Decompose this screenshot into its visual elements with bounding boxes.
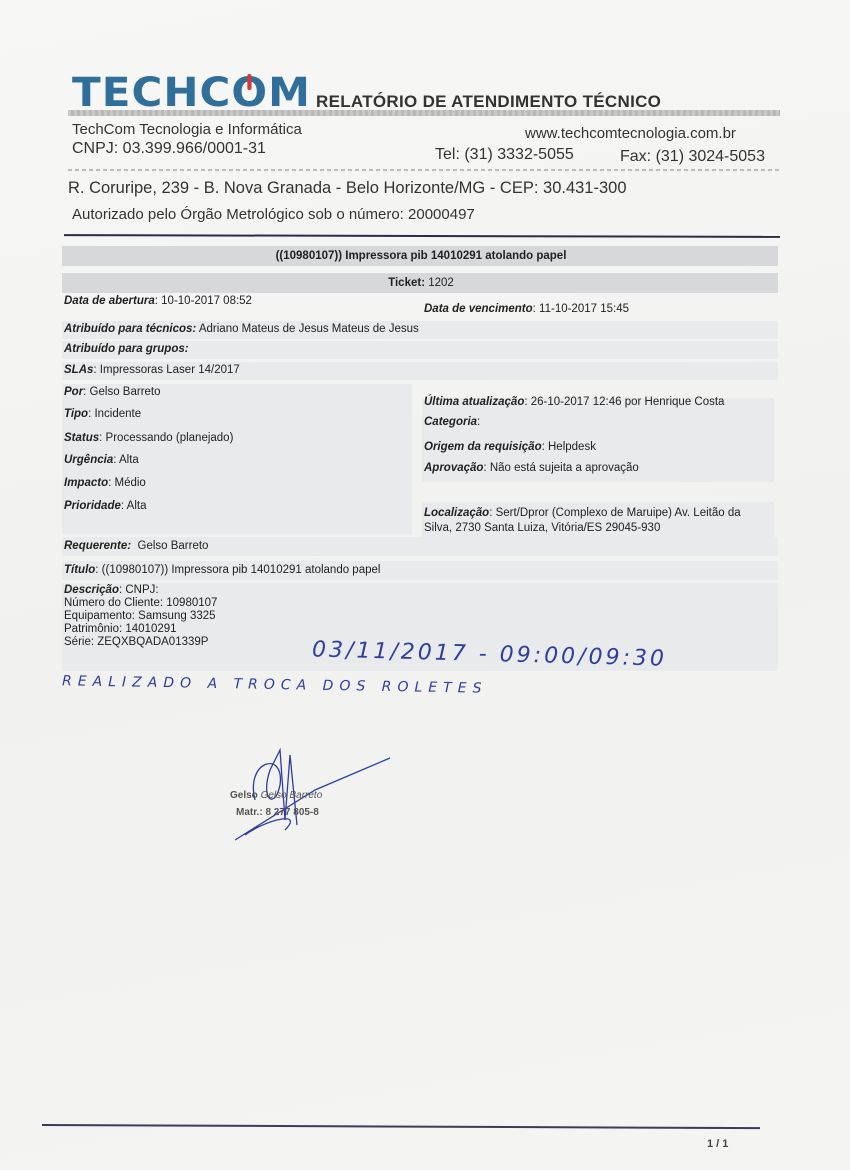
- row-tecnicos: Atribuído para técnicos: Adriano Mateus …: [62, 321, 778, 339]
- signature-first-name: Gelso: [230, 790, 258, 801]
- ticket-number-row: Ticket: 1202: [62, 273, 778, 293]
- label-data-vencimento: Data de vencimento: [424, 303, 533, 315]
- label-requerente: Requerente:: [64, 540, 131, 552]
- value-tecnicos: Adriano Mateus de Jesus Mateus de Jesus: [196, 323, 418, 335]
- signature-full-name: Gelso Barreto: [261, 790, 323, 801]
- label-descricao: Descrição: [64, 584, 119, 596]
- company-address: R. Coruripe, 239 - B. Nova Granada - Bel…: [68, 179, 627, 198]
- two-column-fields: Por: Gelso Barreto Tipo: Incidente Statu…: [62, 384, 778, 534]
- document-page: TECHCOM RELATÓRIO DE ATENDIMENTO TÉCNICO…: [0, 0, 850, 1170]
- row-slas: SLAs: Impressoras Laser 14/2017: [62, 362, 778, 380]
- field-status: Status: Processando (planejado): [64, 432, 233, 444]
- value-ultima-atualizacao: : 26-10-2017 12:46 por Henrique Costa: [524, 396, 724, 408]
- header-divider: [68, 110, 780, 116]
- field-ultima-atualizacao: Última atualização: 26-10-2017 12:46 por…: [424, 396, 724, 408]
- field-aprovacao: Aprovação: Não está sujeita a aprovação: [424, 462, 639, 474]
- metrology-authorization: Autorizado pelo Órgão Metrológico sob o …: [72, 206, 475, 223]
- field-prioridade: Prioridade: Alta: [64, 500, 146, 512]
- report-title: RELATÓRIO DE ATENDIMENTO TÉCNICO: [316, 92, 661, 112]
- company-fax: Fax: (31) 3024-5053: [620, 148, 765, 166]
- label-por: Por: [64, 386, 83, 398]
- field-impacto: Impacto: Médio: [64, 477, 146, 489]
- ticket-label: Ticket:: [388, 277, 425, 289]
- label-status: Status: [64, 432, 99, 444]
- field-origem: Origem da requisição: Helpdesk: [424, 441, 596, 453]
- row-grupos: Atribuído para grupos:: [62, 341, 778, 359]
- value-por: : Gelso Barreto: [83, 386, 160, 398]
- field-urgencia: Urgência: Alta: [64, 454, 139, 466]
- handwritten-note: REALIZADO A TROCA DOS ROLETES: [62, 673, 488, 696]
- label-tecnicos: Atribuído para técnicos:: [64, 323, 196, 335]
- label-origem: Origem da requisição: [424, 441, 542, 453]
- company-cnpj: CNPJ: 03.399.966/0001-31: [72, 140, 266, 158]
- label-ultima-atualizacao: Última atualização: [424, 396, 524, 408]
- value-tipo: : Incidente: [88, 408, 141, 420]
- header-rule: [64, 234, 780, 238]
- value-data-abertura: : 10-10-2017 08:52: [155, 295, 252, 307]
- footer-rule: [42, 1124, 760, 1129]
- row-requerente: Requerente: Gelso Barreto: [62, 537, 778, 556]
- desc-patrimonio: Patrimônio: 14010291: [64, 623, 778, 636]
- label-categoria: Categoria: [424, 416, 477, 428]
- value-slas: : Impressoras Laser 14/2017: [93, 364, 239, 376]
- ticket-number: 1202: [428, 277, 454, 289]
- value-prioridade: : Alta: [121, 500, 147, 512]
- label-titulo: Título: [64, 564, 95, 576]
- value-aprovacao: : Não está sujeita a aprovação: [483, 462, 638, 474]
- value-impacto: : Médio: [108, 477, 146, 489]
- signature-name: Gelso Gelso Barreto: [230, 790, 322, 801]
- company-website: www.techcomtecnologia.com.br: [525, 125, 736, 142]
- signature-matricula: Matr.: 8 277 805-8: [236, 807, 319, 818]
- row-dates: Data de abertura: 10-10-2017 08:52 Data …: [62, 294, 778, 314]
- company-phone: Tel: (31) 3332-5055: [435, 146, 574, 164]
- field-por: Por: Gelso Barreto: [64, 386, 161, 398]
- value-origem: : Helpdesk: [542, 441, 596, 453]
- value-status: : Processando (planejado): [99, 432, 233, 444]
- label-data-abertura: Data de abertura: [64, 295, 155, 307]
- label-tipo: Tipo: [64, 408, 88, 420]
- label-aprovacao: Aprovação: [424, 462, 483, 474]
- field-categoria: Categoria:: [424, 416, 480, 428]
- ticket-title: ((10980107)) Impressora pib 14010291 ato…: [62, 246, 778, 266]
- field-localizacao: Localização: Sert/Dpror (Complexo de Mar…: [424, 506, 770, 536]
- label-urgencia: Urgência: [64, 454, 113, 466]
- value-titulo: : ((10980107)) Impressora pib 14010291 a…: [95, 564, 380, 576]
- value-descricao: : CNPJ:: [119, 584, 159, 596]
- value-requerente: Gelso Barreto: [131, 540, 208, 552]
- desc-equipamento: Equipamento: Samsung 3325: [64, 610, 778, 623]
- field-tipo: Tipo: Incidente: [64, 408, 141, 420]
- page-number: 1 / 1: [707, 1138, 728, 1150]
- label-slas: SLAs: [64, 364, 93, 376]
- row-titulo: Título: ((10980107)) Impressora pib 1401…: [62, 561, 778, 580]
- company-name: TechCom Tecnologia e Informática: [72, 121, 302, 138]
- desc-cliente: Número do Cliente: 10980107: [64, 597, 778, 610]
- label-grupos: Atribuído para grupos:: [64, 343, 189, 355]
- value-data-vencimento: : 11-10-2017 15:45: [533, 303, 629, 315]
- label-impacto: Impacto: [64, 477, 108, 489]
- value-categoria: :: [477, 416, 480, 428]
- value-urgencia: : Alta: [113, 454, 139, 466]
- dashed-divider: [68, 169, 780, 171]
- label-localizacao: Localização: [424, 507, 489, 519]
- label-prioridade: Prioridade: [64, 500, 121, 512]
